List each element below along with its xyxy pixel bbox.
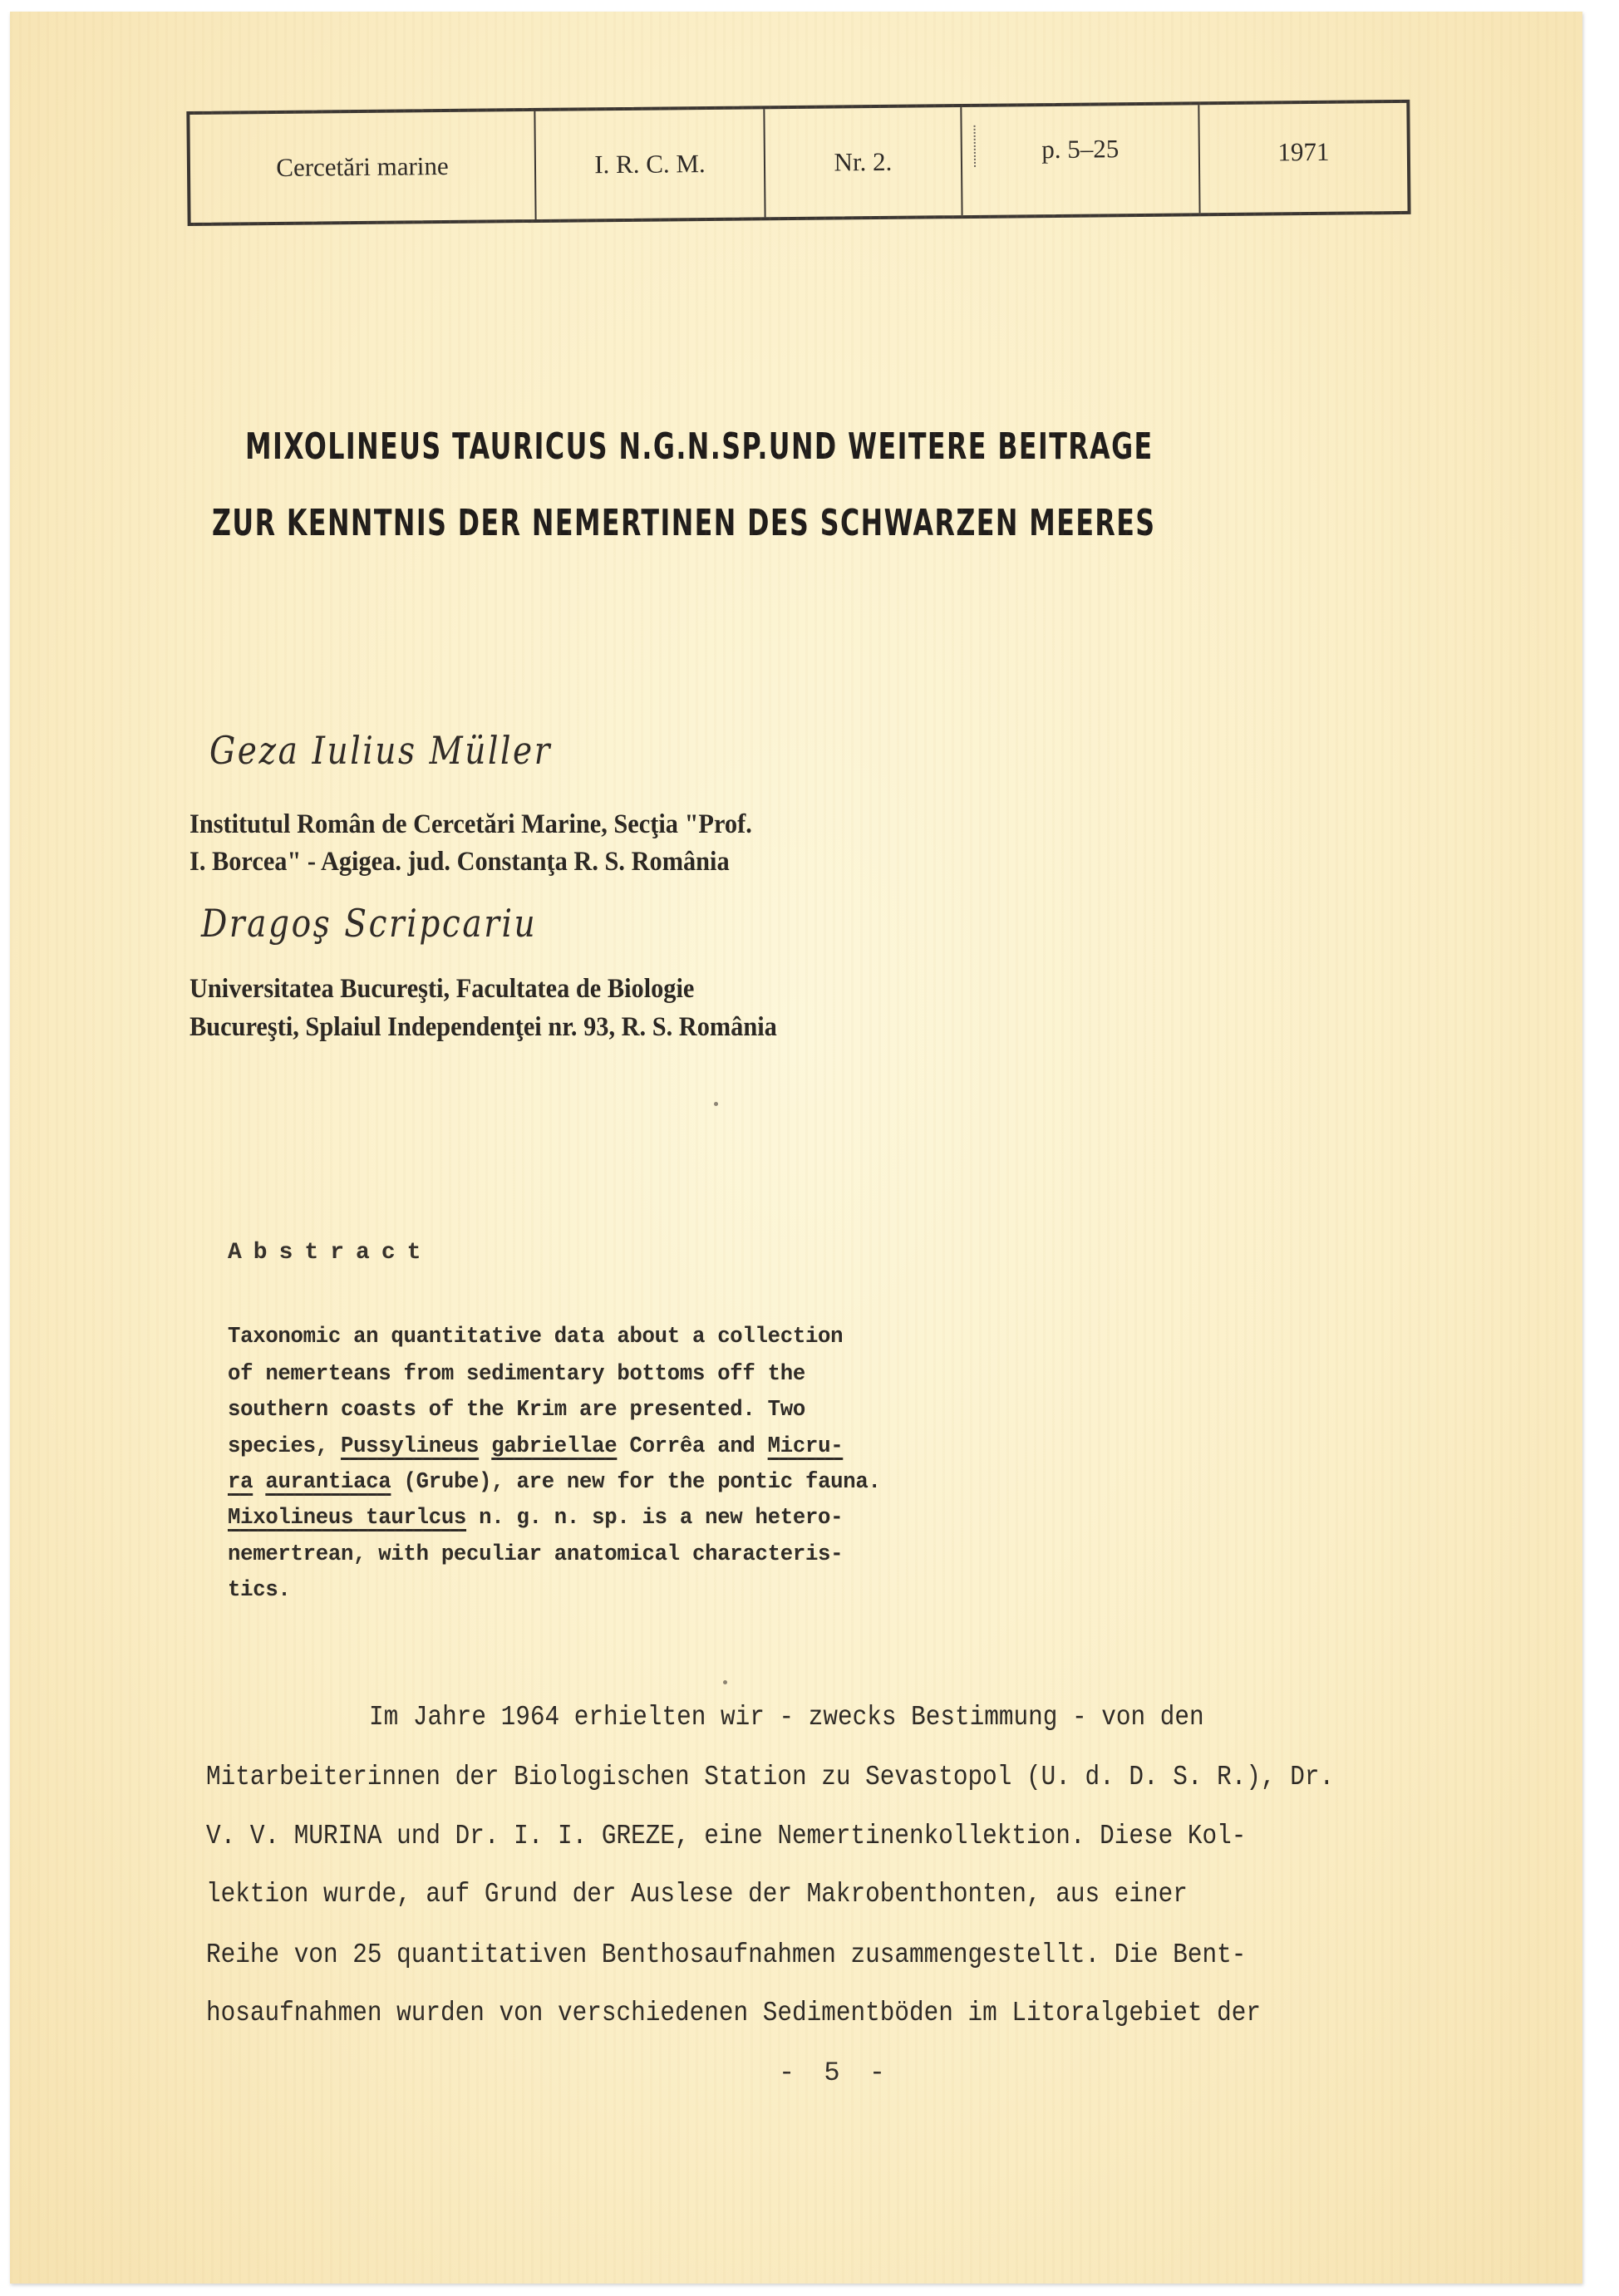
abstract-heading: Abstract	[228, 1240, 432, 1266]
scan-speck	[723, 1680, 727, 1684]
author-1-affiliation-line-1: Institutul Român de Cercetări Marine, Se…	[189, 809, 752, 840]
abstract-line: of nemerteans from sedimentary bottoms o…	[228, 1362, 805, 1387]
title-line-1: MIXOLINEUS TAURICUS N.G.N.SP.UND WEITERE…	[245, 425, 1154, 468]
species-name-underlined: ra	[228, 1470, 253, 1495]
author-name-1: Geza Iulius Müller	[209, 728, 552, 773]
publication-year: 1971	[1199, 103, 1407, 213]
body-paragraph-line: V. V. MURINA und Dr. I. I. GREZE, eine N…	[206, 1821, 1246, 1851]
author-2-affiliation-line-2: Bucureşti, Splaiul Independenţei nr. 93,…	[189, 1012, 777, 1043]
journal-header-table: Cercetări marine I. R. C. M. Nr. 2. p. 5…	[186, 100, 1410, 226]
species-name-underlined: Mixolineus taurlcus	[228, 1506, 466, 1531]
institute-abbrev: I. R. C. M.	[535, 109, 765, 219]
species-name-underlined: Pussylineus	[341, 1434, 479, 1459]
body-paragraph-line: Im Jahre 1964 erhielten wir - zwecks Bes…	[369, 1702, 1204, 1733]
author-1-affiliation-line-2: I. Borcea" - Agigea. jud. Constanţa R. S…	[189, 847, 730, 878]
page-range: p. 5–25	[962, 105, 1200, 215]
abstract-line: Taxonomic an quantitative data about a c…	[228, 1325, 843, 1350]
body-paragraph-line: hosaufnahmen wurden von verschiedenen Se…	[206, 1998, 1261, 2028]
issue-number: Nr. 2.	[765, 107, 962, 217]
species-name-underlined: aurantiaca	[265, 1470, 391, 1495]
title-line-2: ZUR KENNTNIS DER NEMERTINEN DES SCHWARZE…	[212, 502, 1156, 544]
abstract-line: tics.	[228, 1578, 291, 1603]
journal-name: Cercetări marine	[189, 111, 536, 223]
body-paragraph-line: Reihe von 25 quantitativen Benthosaufnah…	[206, 1940, 1246, 1970]
scanned-page: Cercetări marine I. R. C. M. Nr. 2. p. 5…	[10, 12, 1582, 2284]
species-name-underlined: gabriellae	[491, 1434, 617, 1459]
abstract-line: ra aurantiaca (Grube), are new for the p…	[228, 1470, 881, 1495]
body-paragraph-line: Mitarbeiterinnen der Biologischen Statio…	[206, 1762, 1334, 1792]
abstract-line: Mixolineus taurlcus n. g. n. sp. is a ne…	[228, 1506, 843, 1531]
body-paragraph-line: lektion wurde, auf Grund der Auslese der…	[206, 1879, 1188, 1910]
scan-speck	[714, 1102, 718, 1106]
author-2-affiliation-line-1: Universitatea Bucureşti, Facultatea de B…	[189, 974, 694, 1005]
page-number: - 5 -	[779, 2058, 892, 2088]
abstract-line: southern coasts of the Krim are presente…	[228, 1398, 805, 1423]
author-name-2: Dragoş Scripcariu	[201, 901, 537, 946]
abstract-line: nemertrean, with peculiar anatomical cha…	[228, 1542, 843, 1567]
species-name-underlined: Micru-	[768, 1434, 844, 1459]
abstract-line: species, Pussylineus gabriellae Corrêa a…	[228, 1434, 843, 1459]
